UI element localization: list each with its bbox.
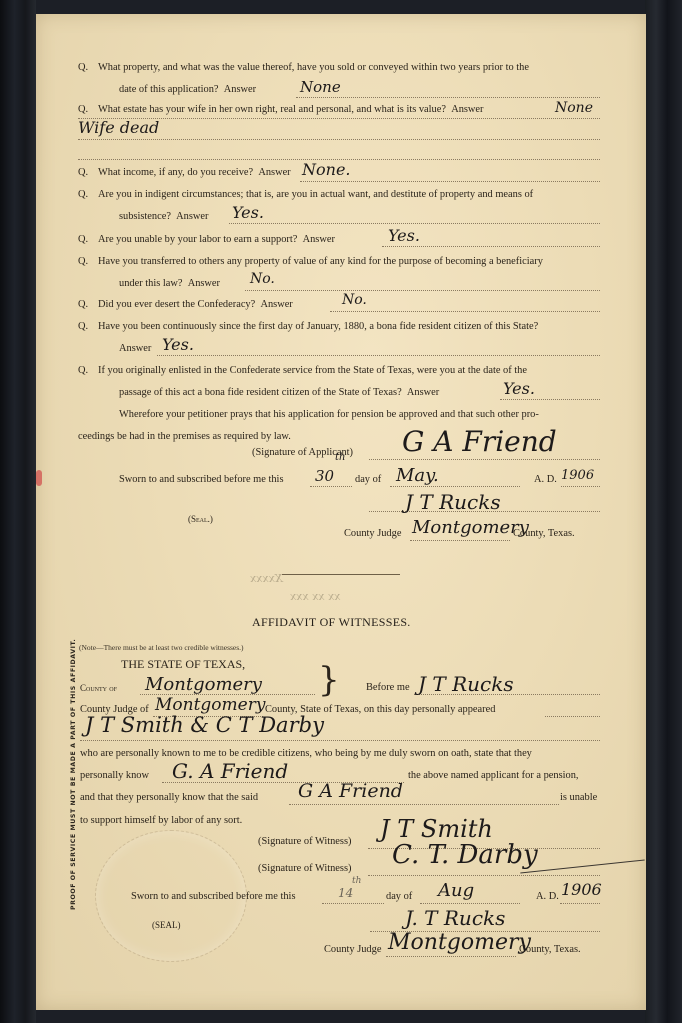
answer-line-5 [382,245,600,247]
affidavit-seal-label: (SEAL) [152,918,181,932]
affidavit-year-line [560,902,600,904]
applicant-signature-line [369,458,600,460]
unable-label: is unable [560,791,597,805]
affidavit-sworn-text: Sworn to and subscribed before me this [131,890,296,904]
answer-line-6 [245,289,600,291]
scanner-frame-right [645,0,682,1023]
question-7: Q.Did you ever desert the Confederacy? A… [78,298,293,312]
affidavit-title: AFFIDAVIT OF WITNESSES. [252,615,411,630]
answer-line-4 [229,222,600,224]
affidavit-day-suffix: th [352,876,361,886]
brace: } [318,660,340,700]
affidavit-day-line [322,902,384,904]
answer-line-9 [500,398,600,400]
personally-know-label: personally know [80,769,149,783]
question-5: Q.Are you unable by your labor to earn a… [78,233,335,247]
witness-2-line [368,874,600,876]
answer-2-continued: Wife dead [78,118,159,137]
answer-line-7 [330,310,600,312]
margin-warning-text: PROOF OF SERVICE MUST NOT BE MADE A PART… [70,639,77,910]
seal-label: (Seal.) [188,512,213,526]
answer-3: None. [302,160,351,179]
affidavit-note: (Note—There must be at least two credibl… [79,643,244,652]
affidavit-month-line [420,902,520,904]
affidavit-month: Aug [438,880,474,901]
question-9: Q.If you originally enlisted in the Conf… [78,364,527,378]
answer-8: Yes. [162,335,194,354]
applicant-name-2-line [289,803,559,805]
county-judge-label: County Judge [344,527,401,541]
question-2: Q.What estate has your wife in her own r… [78,103,484,117]
support-text: to support himself by labor of any sort. [80,814,242,828]
witness-2-label: (Signature of Witness) [258,862,351,876]
county-judge-of-value: Montgomery [155,695,265,715]
question-4: Q.Are you in indigent circumstances; tha… [78,188,533,202]
scanner-frame-left [0,0,36,1023]
county-texas-label: County, Texas. [513,527,575,541]
bleed-through-text: xx xx xxx [290,590,340,603]
witness-1-signature: J T Smith [380,815,493,843]
answer-4: Yes. [232,203,264,222]
affidavit-county-value: Montgomery [388,930,531,955]
question-1-line2: date of this application? Answer [119,83,256,97]
witnesses-line [80,739,600,741]
applicant-signature: G A Friend [402,425,557,458]
affidavit-county-judge-label: County Judge [324,943,381,957]
question-1: Q.What property, and what was the value … [78,61,529,75]
affidavit-county-texas-label: County, Texas. [519,943,581,957]
witness-2-signature: C. T. Darby [392,840,538,870]
sworn-year-line [561,485,600,487]
answer-2: None [555,100,593,116]
answer-7: No. [342,292,367,308]
answer-6: No. [250,271,275,287]
sworn-day: 30 [315,467,334,485]
sworn-day-line [310,485,352,487]
affidavit-day-of-label: day of [386,890,412,904]
county-line [410,539,510,541]
county-of-label: County of [80,681,117,695]
answer-line-2b [78,138,600,140]
county-value: Montgomery [412,517,529,538]
question-6-line2: under this law? Answer [119,277,220,291]
answer-line-3 [300,180,600,182]
sworn-month: May. [396,465,439,486]
appeared-line [545,715,600,717]
answer-1: None [300,78,341,96]
affidavit-judge-signature: J. T Rucks [405,906,505,930]
question-8-line2: Answer [119,342,151,356]
before-me-label: Before me [366,681,410,695]
ad-label: A. D. [534,473,557,487]
known-text: who are personally known to me to be cre… [80,747,532,761]
bleed-through-text: Xxxxx [250,572,283,585]
witnesses-names: J T Smith & C T Darby [85,713,324,737]
state-label: THE STATE OF TEXAS, [121,657,245,671]
question-8: Q.Have you been continuously since the f… [78,320,538,334]
applicant-label: the above named applicant for a pension, [408,769,579,783]
prayer-line-2: ceedings be had in the premises as requi… [78,430,291,444]
divider-rule [282,574,400,575]
sworn-day-suffix: th [335,452,345,463]
prayer-line-1: Wherefore your petitioner prays that his… [119,408,539,422]
applicant-name-2: G A Friend [298,780,403,802]
answer-line-1 [296,96,600,98]
affidavit-day: 14 [338,886,353,900]
affidavit-county-line [386,955,516,957]
applicant-name-1: G. A Friend [172,759,288,783]
county-of-value: Montgomery [145,674,262,695]
question-3: Q.What income, if any, do you receive? A… [78,166,291,180]
question-4-line2: subsistence? Answer [119,210,208,224]
affidavit-ad-label: A. D. [536,890,559,904]
red-ink-mark [36,470,42,486]
answer-9: Yes. [503,379,535,398]
before-me-value: J T Rucks [418,672,514,696]
affidavit-year: 1906 [561,880,602,899]
witness-1-label: (Signature of Witness) [258,835,351,849]
day-of-label: day of [355,473,381,487]
answer-line-8 [157,354,600,356]
question-9-line2: passage of this act a bona fide resident… [119,386,439,400]
judge-signature: J T Rucks [405,490,501,514]
answer-5: Yes. [388,226,420,245]
sworn-text: Sworn to and subscribed before me this [119,473,284,487]
sworn-year: 1906 [561,468,594,483]
question-6: Q.Have you transferred to others any pro… [78,255,543,269]
said-label: and that they personally know that the s… [80,791,258,805]
